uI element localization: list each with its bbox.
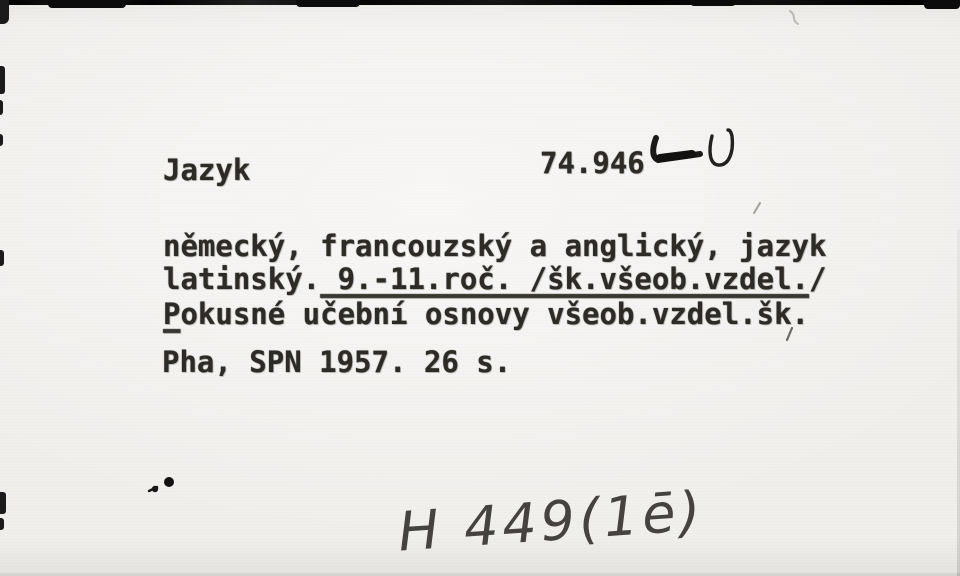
catalog-card: Jazyk 74.946 německý, francouzský a angl… [0,0,960,576]
pencil-tick-mark [784,326,796,342]
pencil-tick-mark [752,201,764,215]
smudge-mark [786,8,806,28]
title-line-3-initial: P [163,297,180,331]
title-line-1: německý, francouzský a anglický, jazyk [163,232,826,261]
scan-left-edge-mark [0,492,6,514]
scan-top-edge [0,0,960,5]
scan-edge-blob [690,0,736,6]
title-line-3-rest: okusné učební osnovy všeob.vzdel.šk. [180,297,809,331]
handwritten-lu-mark [642,126,746,182]
scan-left-edge-mark [0,250,4,266]
title-line-2-suffix: / [809,262,826,296]
scan-edge-blob [48,0,126,8]
scan-left-edge-mark [0,0,9,24]
title-line-2-prefix: latinský. [163,262,320,296]
scan-edge-blob [296,0,360,7]
title-line-3: Pokusné učební osnovy všeob.vzdel.šk. [163,300,809,329]
scan-left-edge-mark [0,134,3,146]
ink-blot-mark [144,472,186,498]
subject-heading: Jazyk [163,156,250,185]
scan-left-edge-mark [0,66,5,94]
scan-left-edge-mark [0,518,4,530]
scan-edge-blob [924,0,960,9]
title-line-2-underlined: 9.-11.roč. /šk.všeob.vzdel. [320,262,809,296]
handwritten-shelfmark: H 449(1ē) [396,479,706,563]
imprint-line: Pha, SPN 1957. 26 s. [162,348,511,377]
classification-number: 74.946 [540,149,645,178]
scan-left-edge-mark [0,100,3,115]
title-line-2: latinský. 9.-11.roč. /šk.všeob.vzdel./ [163,265,826,294]
